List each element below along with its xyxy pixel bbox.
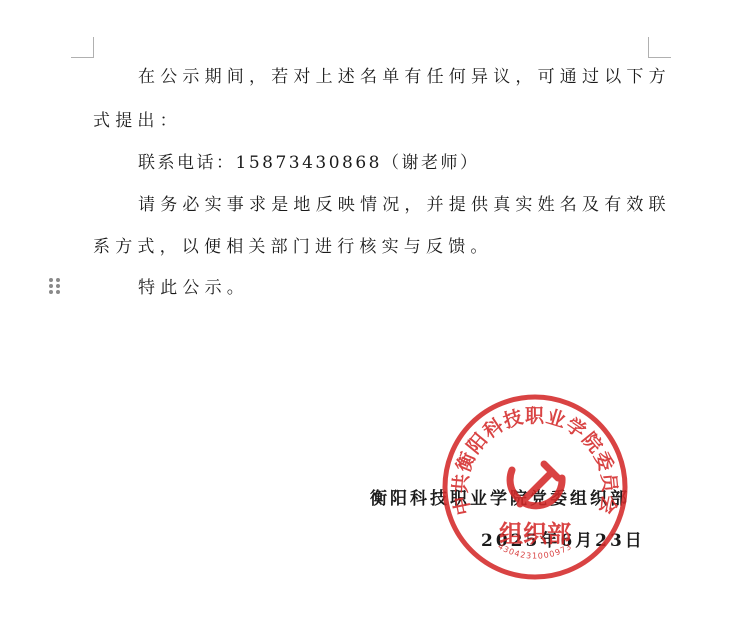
closing-line: 特此公示。 (138, 277, 249, 299)
svg-text:组织部: 组织部 (499, 520, 571, 548)
official-seal-stamp: 中共衡阳科技职业学院委员会 组织部 4304231000973 (440, 392, 630, 582)
hammer-sickle-icon (510, 464, 562, 506)
paragraph-1-line-2: 式提出： (93, 110, 182, 132)
paragraph-1-line-1: 在公示期间，若对上述名单有任何异议，可通过以下方 (138, 66, 671, 88)
drag-handle-icon[interactable] (49, 278, 61, 294)
contact-phone-line: 联系电话：15873430868（谢老师） (138, 152, 479, 174)
page-margin-corner-top-left (71, 37, 94, 58)
paragraph-3-line-1: 请务必实事求是地反映情况，并提供真实姓名及有效联 (138, 194, 671, 216)
page-margin-corner-top-right (648, 37, 671, 58)
paragraph-3-line-2: 系方式，以便相关部门进行核实与反馈。 (93, 236, 493, 258)
